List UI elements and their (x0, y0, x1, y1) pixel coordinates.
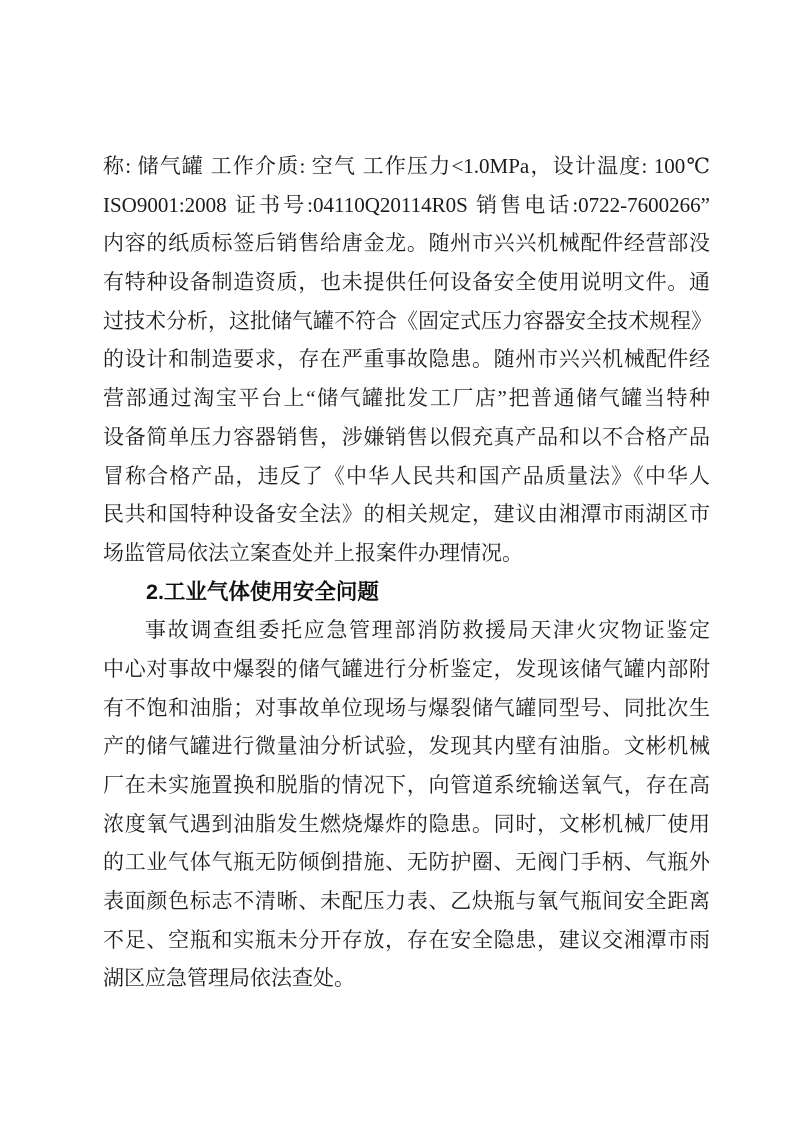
paragraph-line: 称: 储气罐 工作介质: 空气 工作压力<1.0MPa，设计温度: 100℃ (103, 147, 710, 186)
document-page: 称: 储气罐 工作介质: 空气 工作压力<1.0MPa，设计温度: 100℃ I… (0, 0, 793, 1122)
paragraph-line: 厂在未实施置换和脱脂的情况下，向管道系统输送氧气，存在高 (103, 766, 710, 805)
paragraph-line: 产的储气罐进行微量油分析试验，发现其内壁有油脂。文彬机械 (103, 727, 710, 766)
paragraph-line: 表面颜色标志不清晰、未配压力表、乙炔瓶与氧气瓶间安全距离 (103, 882, 710, 921)
paragraph-line: 有不饱和油脂；对事故单位现场与爆裂储气罐同型号、同批次生 (103, 689, 710, 728)
paragraph-last-line: 湖区应急管理局依法查处。 (103, 959, 710, 998)
paragraph-line: 设备简单压力容器销售，涉嫌销售以假充真产品和以不合格产品 (103, 418, 710, 457)
paragraph-line: 过技术分析，这批储气罐不符合《固定式压力容器安全技术规程》 (103, 302, 710, 341)
paragraph-line: 的工业气体气瓶无防倾倒措施、无防护圈、无阀门手柄、气瓶外 (103, 843, 710, 882)
text-block: 称: 储气罐 工作介质: 空气 工作压力<1.0MPa，设计温度: 100℃ I… (103, 147, 710, 998)
section-heading: 2.工业气体使用安全问题 (103, 573, 710, 612)
paragraph-line: 内容的纸质标签后销售给唐金龙。随州市兴兴机械配件经营部没 (103, 224, 710, 263)
paragraph-line: 中心对事故中爆裂的储气罐进行分析鉴定，发现该储气罐内部附 (103, 650, 710, 689)
paragraph-line: 营部通过淘宝平台上“储气罐批发工厂店”把普通储气罐当特种 (103, 379, 710, 418)
paragraph-line: 的设计和制造要求，存在严重事故隐患。随州市兴兴机械配件经 (103, 340, 710, 379)
paragraph-line: 不足、空瓶和实瓶未分开存放，存在安全隐患，建议交湘潭市雨 (103, 921, 710, 960)
paragraph-line: 民共和国特种设备安全法》的相关规定，建议由湘潭市雨湖区市 (103, 495, 710, 534)
paragraph-line: 有特种设备制造资质，也未提供任何设备安全使用说明文件。通 (103, 263, 710, 302)
paragraph-line: ISO9001:2008 证书号:04110Q20114R0S 销售电话:072… (103, 186, 710, 225)
paragraph-last-line: 场监管局依法立案查处并上报案件办理情况。 (103, 534, 710, 573)
paragraph-line: 浓度氧气遇到油脂发生燃烧爆炸的隐患。同时，文彬机械厂使用 (103, 805, 710, 844)
paragraph-first-line: 事故调查组委托应急管理部消防救援局天津火灾物证鉴定 (103, 611, 710, 650)
paragraph-line: 冒称合格产品，违反了《中华人民共和国产品质量法》《中华人 (103, 457, 710, 496)
